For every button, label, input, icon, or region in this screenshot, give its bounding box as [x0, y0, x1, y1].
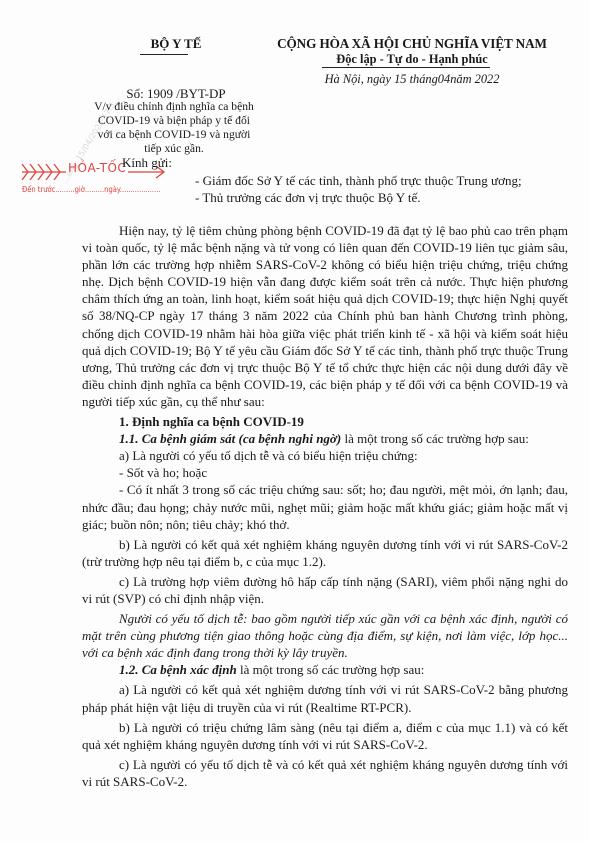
document-page: ...ang_15/04/2022 17:3... BỘ Y TẾ Số: 19…	[0, 0, 589, 841]
subsection-1-1: 1.1. Ca bệnh giám sát (ca bệnh nghi ngờ)…	[82, 430, 568, 447]
subsection-title: 1.2. Ca bệnh xác định	[119, 662, 237, 677]
national-title: CỘNG HÒA XÃ HỘI CHỦ NGHĨA VIỆT NAM	[262, 36, 562, 52]
dateline: Hà Nội, ngày 15 tháng04năm 2022	[262, 72, 562, 87]
organization-underline	[140, 54, 188, 55]
recipients-label: Kính gửi:	[122, 155, 172, 171]
section-heading: 1. Định nghĩa ca bệnh COVID-19	[82, 413, 568, 430]
recipient-item: - Giám đốc Sở Y tế các tỉnh, thành phố t…	[195, 172, 522, 189]
criterion: - Sốt và ho; hoặc	[82, 464, 568, 481]
motto-underline	[322, 67, 490, 68]
subsection-1-2: 1.2. Ca bệnh xác định là một trong số cá…	[82, 661, 568, 678]
stamp-title: HỎA-TỐC	[68, 161, 126, 175]
stamp-deadline: Đến trước.........giờ.........ngày......…	[22, 185, 161, 194]
item-c: c) Là người có yếu tố dịch tễ và có kết …	[82, 756, 568, 790]
item-a: a) Là người có kết quả xét nghiệm dương …	[82, 681, 568, 715]
item-c: c) Là trường hợp viêm đường hô hấp cấp t…	[82, 573, 568, 607]
issuing-organization: BỘ Y TẾ	[96, 36, 256, 52]
item-a: a) Là người có yếu tố dịch tễ và có biểu…	[82, 447, 568, 464]
item-b: b) Là người có triệu chứng lâm sàng (nêu…	[82, 719, 568, 753]
item-b: b) Là người có kết quả xét nghiệm kháng …	[82, 536, 568, 570]
intro-paragraph: Hiện nay, tỷ lệ tiêm chủng phòng bệnh CO…	[82, 222, 568, 410]
document-body: Hiện nay, tỷ lệ tiêm chủng phòng bệnh CO…	[82, 222, 568, 790]
national-motto: Độc lập - Tự do - Hạnh phúc	[262, 52, 562, 67]
recipient-item: - Thủ trưởng các đơn vị trực thuộc Bộ Y …	[195, 189, 522, 206]
document-subject: V/v điều chỉnh định nghĩa ca bệnh COVID-…	[90, 100, 258, 156]
criterion: - Có ít nhất 3 trong số các triệu chứng …	[82, 481, 568, 532]
recipients-list: - Giám đốc Sở Y tế các tỉnh, thành phố t…	[195, 172, 522, 206]
epidemiological-note: Người có yếu tố dịch tễ: bao gồm người t…	[82, 610, 568, 661]
subsection-title: 1.1. Ca bệnh giám sát (ca bệnh nghi ngờ)	[119, 431, 341, 446]
